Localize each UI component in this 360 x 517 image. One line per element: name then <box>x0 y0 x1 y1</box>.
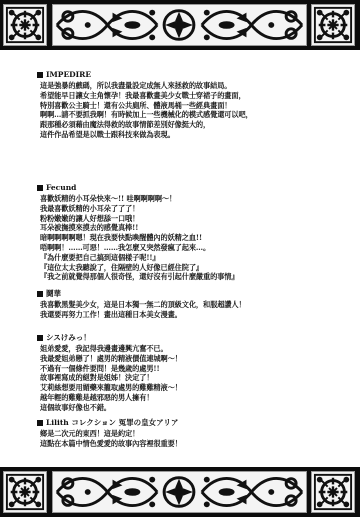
square-bullet-icon <box>37 72 43 78</box>
text-line: 喜歡妖精的小耳朵快來〜!! 哇啊啊啊啊〜！ <box>40 194 238 204</box>
section-title-text: IMPEDIRE <box>46 70 91 80</box>
section-body: 鄉是二次元的東西！這是約定！ 這點在本篇中情色愛愛的故事內容裡很重要！ <box>40 429 182 449</box>
section-body: 姐弟愛愛，我記得我邊畫邊興亢奮不已。 我最愛姐弟戀了！處男的精液價值連城啊〜！ … <box>40 344 182 413</box>
text-line: 故事裡寫成的絕對是姐姊！決定了！ <box>40 373 182 383</box>
arabesque-ornament-icon <box>53 472 306 512</box>
section-body: 喜歡妖精的小耳朵快來〜!! 哇啊啊啊啊〜！ 我最喜歡妖精的小耳朵了了了！ 粉粉嫩… <box>40 194 238 282</box>
middle-ornament-panel <box>52 471 307 513</box>
text-line: 粉粉嫩嫩的讓人好想舔一口哦！ <box>40 214 238 224</box>
section-lilith-collection: Lilith コレクション 冤罪の皇女アリア 鄉是二次元的東西！這是約定！ 這點… <box>37 418 182 449</box>
text-line: 『這位太太我聽說了，住隔壁的人好像已經住院了』 <box>40 263 238 273</box>
rosette-ornament-icon <box>312 5 354 45</box>
section-title: Fecund <box>37 183 238 193</box>
text-line: 耳朵被撫摸來摸去的感覺真棒!! <box>40 223 238 233</box>
section-title-text: シスけみっ！ <box>46 333 91 343</box>
text-line: 這點在本篇中情色愛愛的故事內容裡很重要！ <box>40 439 182 449</box>
bottom-ornament-banner <box>0 467 360 517</box>
square-bullet-icon <box>37 335 43 341</box>
section-title: 鬪華 <box>37 289 246 299</box>
rosette-ornament-icon <box>4 472 46 512</box>
middle-ornament-panel <box>52 4 307 46</box>
section-title: シスけみっ！ <box>37 333 182 343</box>
section-title-text: Lilith コレクション 冤罪の皇女アリア <box>46 418 178 428</box>
text-line: 希望能早日讓女主角懷孕！我最喜歡畫美少女戰士穿裙子的畫面， <box>40 91 253 101</box>
text-line: 『為什麼要把自己搞到這個樣子呢!!』 <box>40 253 238 263</box>
rosette-ornament-icon <box>4 5 46 45</box>
square-bullet-icon <box>37 291 43 297</box>
section-fecund: Fecund 喜歡妖精的小耳朵快來〜!! 哇啊啊啊啊〜！ 我最喜歡妖精的小耳朵了… <box>37 183 238 282</box>
text-line: 唔啊啊！……可惡！……我怎麼又突然發瘋了起來…。 <box>40 243 238 253</box>
left-ornament-tile <box>3 4 47 46</box>
section-title: IMPEDIRE <box>37 70 253 80</box>
left-ornament-tile <box>3 471 47 513</box>
square-bullet-icon <box>37 185 43 191</box>
text-line: 我還要再努力工作！畫出這種日本美女漫畫。 <box>40 310 246 320</box>
text-line: 鄉是二次元的東西！這是約定！ <box>40 429 182 439</box>
top-ornament-banner <box>0 0 360 50</box>
section-impedire: IMPEDIRE 這是強暴的戲碼，所以我盡量設定成無人來拯救的故事結局。 希望能… <box>37 70 253 140</box>
text-line: 我最愛姐弟戀了！處男的精液價值連城啊〜！ <box>40 354 182 364</box>
text-line: 這是強暴的戲碼，所以我盡量設定成無人來拯救的故事結局。 <box>40 81 253 91</box>
section-title: Lilith コレクション 冤罪の皇女アリア <box>37 418 182 428</box>
arabesque-ornament-icon <box>53 5 306 45</box>
text-line: 艾莉絲想要用媚藥來籠取處男的雞雞精液〜！ <box>40 383 182 393</box>
section-touka: 鬪華 我喜歡黑髮美少女，這是日本獨一無二的頂級文化，和服超讚人！ 我還要再努力工… <box>37 289 246 320</box>
text-line: 『我之前就覺得那個人很奇怪，還好沒有引起什麼嚴重的事情』 <box>40 272 238 282</box>
text-line: 姐弟愛愛，我記得我邊畫邊興亢奮不已。 <box>40 344 182 354</box>
text-line: 我最喜歡妖精的小耳朵了了了！ <box>40 204 238 214</box>
text-line: 暗啊啊啊啊嗯！現在我要快點喚醒體內的妖精之血!! <box>40 233 238 243</box>
text-line: 這個故事好像也不錯。 <box>40 403 182 413</box>
square-bullet-icon <box>37 420 43 426</box>
text-line: 這件作品希望是以戰士跟科技來做為表現。 <box>40 130 253 140</box>
right-ornament-tile <box>311 471 355 513</box>
text-line: 啊啊…請不要抓我啊！有時候加上一些機械化的模式感覺還可以吧， <box>40 110 253 120</box>
section-body: 我喜歡黑髮美少女，這是日本獨一無二的頂級文化，和服超讚人！ 我還要再努力工作！畫… <box>40 300 246 320</box>
text-line: 不過有一個條件要問！是幾歲的處男!! <box>40 364 182 374</box>
text-line: 跟那種必須藉由魔法得救的故事情節差別好像挺大的， <box>40 120 253 130</box>
section-title-text: 鬪華 <box>46 289 61 299</box>
text-line: 特別喜歡公主騎士！還有公共廁所、體液馬桶一些經典畫面！ <box>40 101 253 111</box>
text-line: 我喜歡黑髮美少女，這是日本獨一無二的頂級文化，和服超讚人！ <box>40 300 246 310</box>
text-line: 越年輕的雞雞是越邪惡的男人擁有！ <box>40 393 182 403</box>
section-title-text: Fecund <box>46 183 76 193</box>
rosette-ornament-icon <box>312 472 354 512</box>
section-body: 這是強暴的戲碼，所以我盡量設定成無人來拯救的故事結局。 希望能早日讓女主角懷孕！… <box>40 81 253 140</box>
section-sisukemi: シスけみっ！ 姐弟愛愛，我記得我邊畫邊興亢奮不已。 我最愛姐弟戀了！處男的精液價… <box>37 333 182 413</box>
right-ornament-tile <box>311 4 355 46</box>
